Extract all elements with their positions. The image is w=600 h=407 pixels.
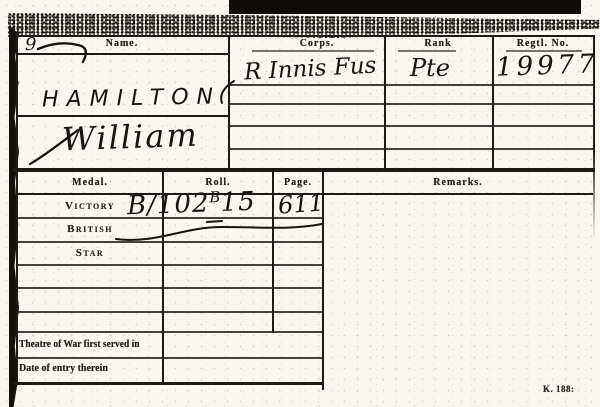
service-rule-4 [229,148,595,150]
corps-header: Corps. [252,38,382,49]
theatre-row-rule [16,357,324,359]
corps-value: R Innis Fus [243,53,377,86]
ditto-curve [112,219,326,245]
pen-tail-stroke [216,79,238,105]
corps-header-underline [252,50,374,52]
forename-value: William [61,116,199,159]
rank-header-underline [398,50,456,52]
medal-rule-3 [16,264,324,266]
medal-rule-4 [16,287,324,289]
page-value: 611 [277,188,325,219]
remarks-header: Remarks. [330,177,586,188]
card-bottom-border [13,382,324,385]
service-rule-1 [229,84,595,86]
corner-annotation-stroke [38,39,96,65]
medal-rule-6 [16,331,324,333]
medal-header: Medal. [30,177,150,188]
roll-value: B/102B15 [127,187,257,221]
scan-black-bar [229,0,581,14]
date-label: Date of entry therein [19,363,165,374]
regtl-value: 19977 [496,49,600,83]
service-rule-3 [229,125,595,127]
service-rule-2 [229,103,595,105]
roll-page-divider [272,172,274,333]
rank-value: Pte [410,54,450,82]
roll-value-superscript: B [209,188,221,206]
regtl-header: Regtl. No. [496,38,590,49]
theatre-label: Theatre of War first served in [19,339,158,350]
footer-code: K. 188: [543,384,591,394]
roll-value-prefix: B/102 [127,188,210,221]
surname-value: HAMILTON [42,84,221,112]
medal-index-card-scan: Name. 9 HAMILTON William Corps. Rank Reg… [0,0,600,407]
rank-header: Rank [388,38,488,49]
roll-value-suffix: 15 [220,187,256,218]
medal-rule-5 [16,311,324,313]
medal-label-star: Star [30,247,150,259]
medal-left-border [16,172,18,384]
corner-annotation: 9 [25,34,36,55]
card-top-border [16,35,595,37]
section-thick-divider [13,168,595,172]
page-header: Page. [276,177,320,188]
name-left-border [16,35,18,170]
